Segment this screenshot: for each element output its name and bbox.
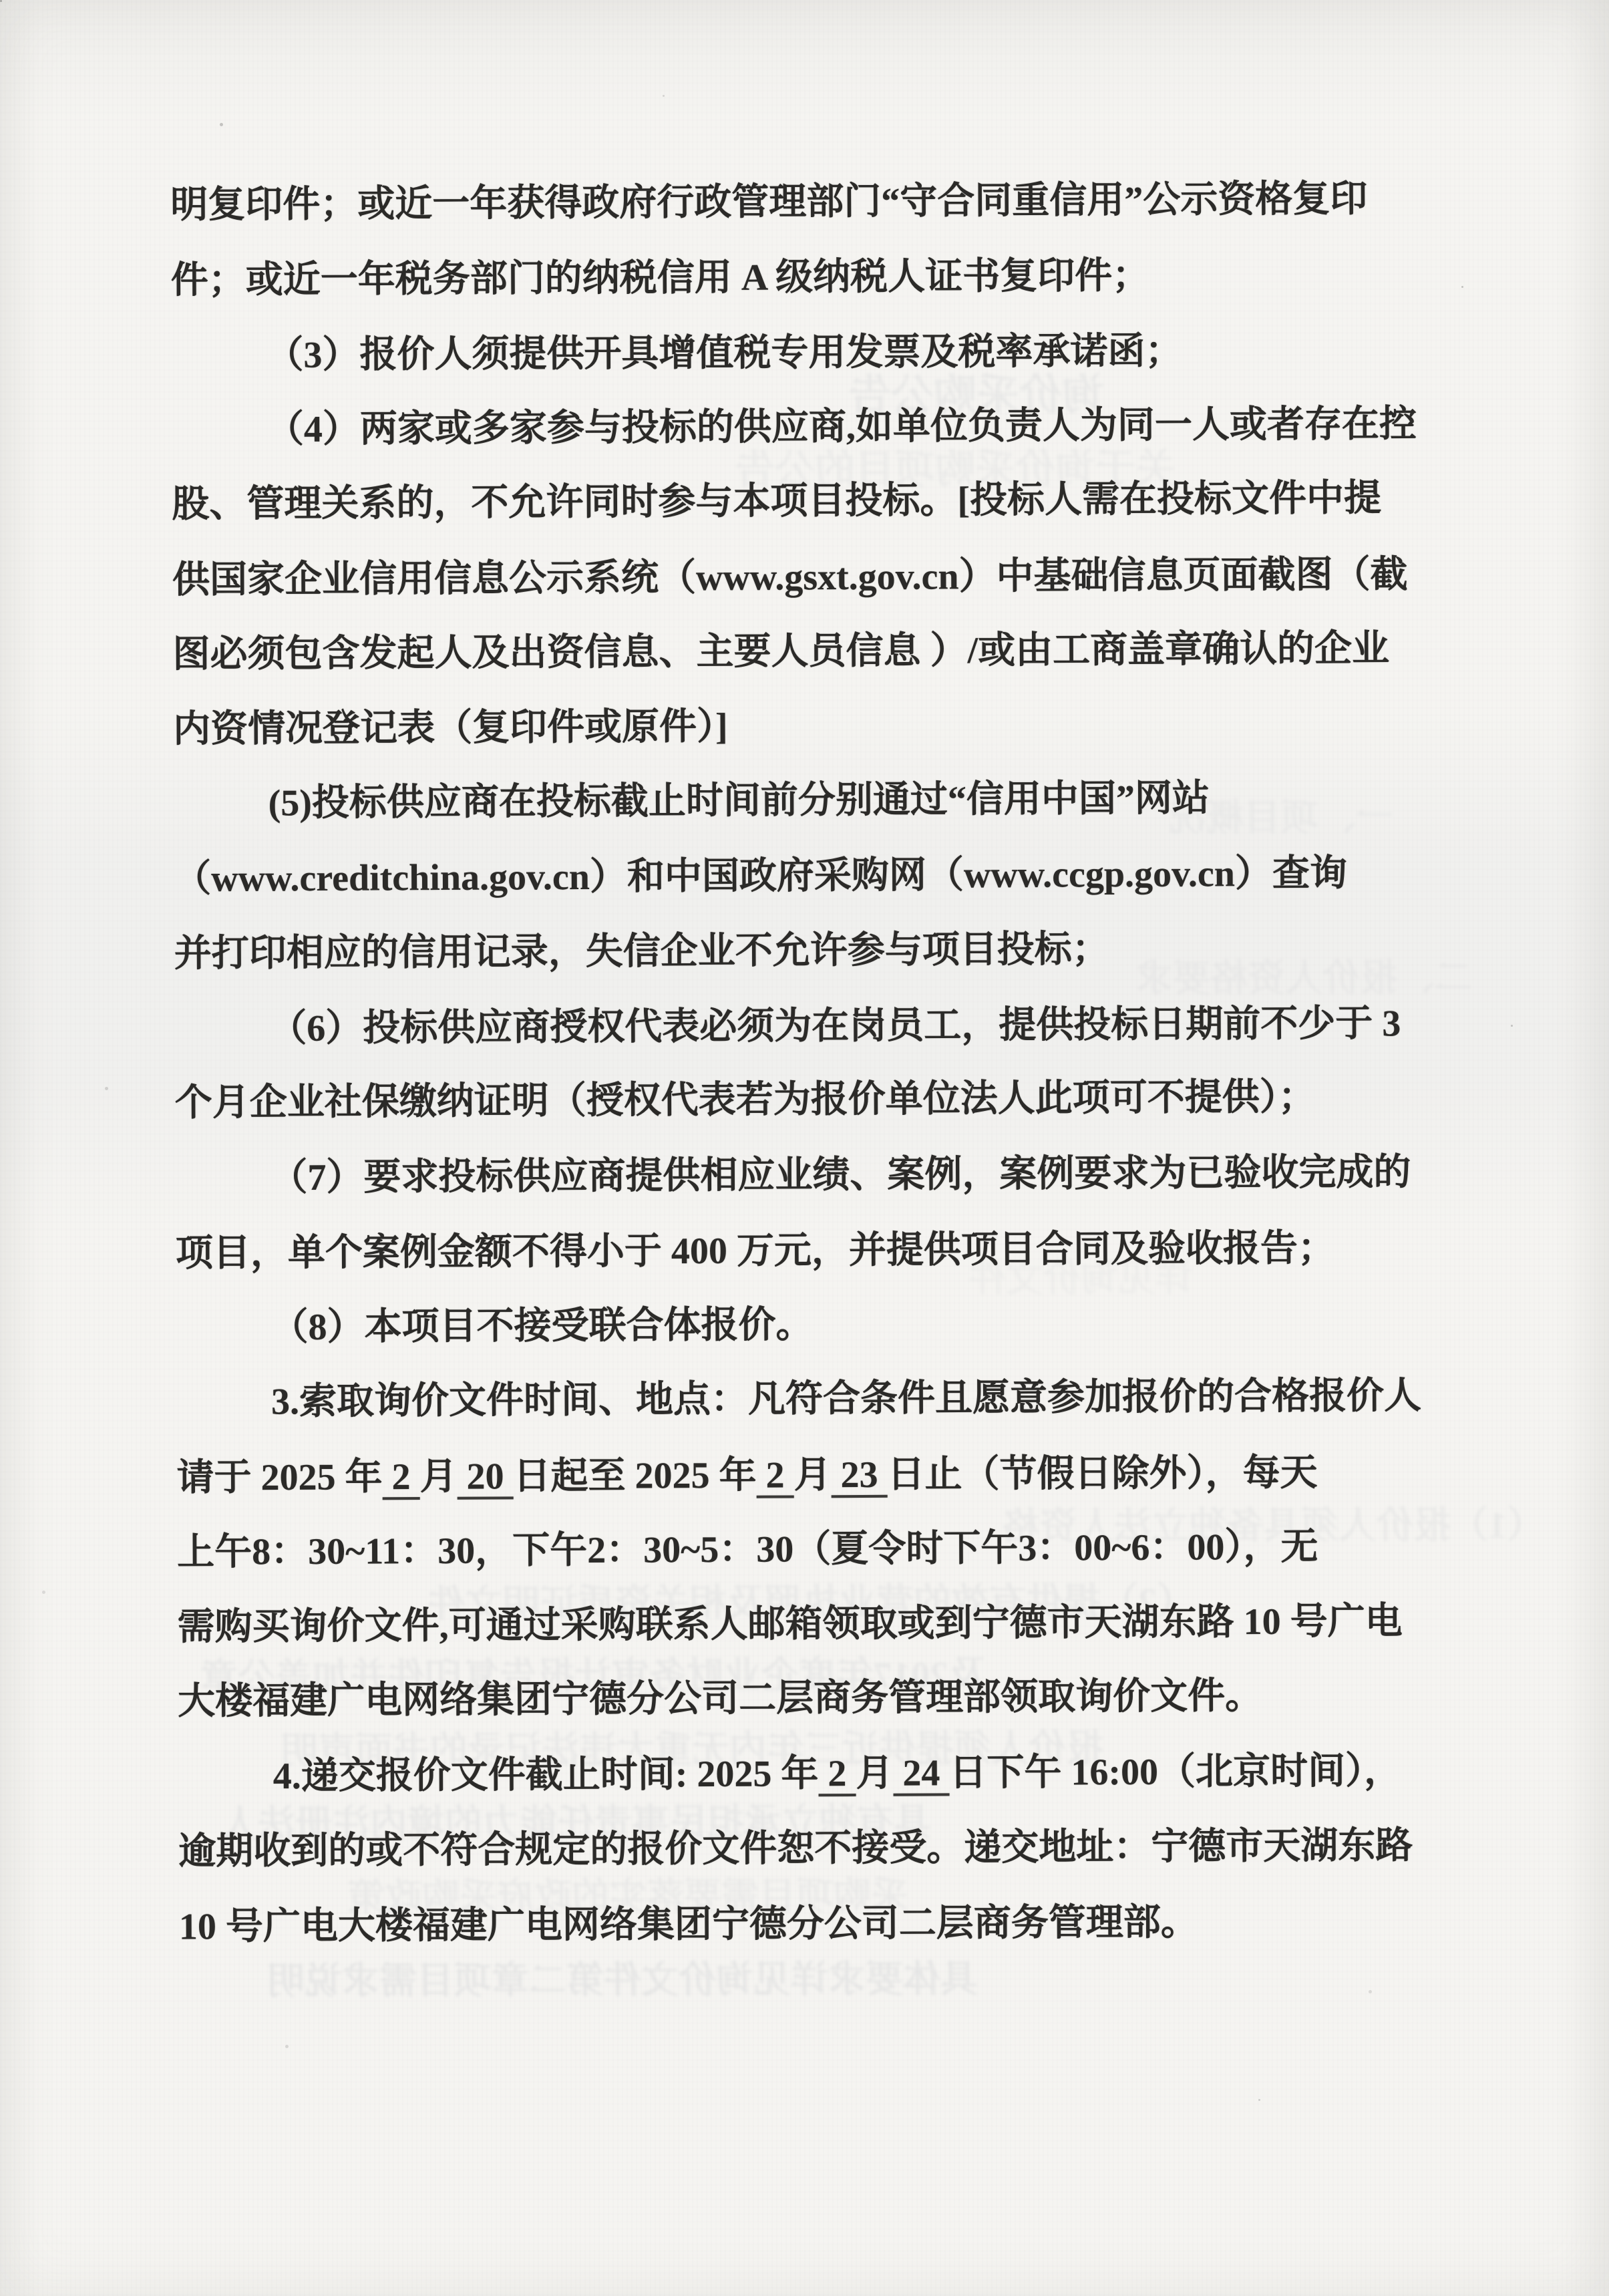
scanned-page: 询价采购公告关于询价采购项目的公告一、项目概况二、报价人资格要求详见询价文件（1… [0, 0, 1609, 2296]
line-text: （8）本项目不接受联合体报价。 [271, 1304, 813, 1348]
line-text: 请于 2025 年 [176, 1456, 382, 1498]
line-text: 项目，单个案例金额不得小于 400 万元，并提供项目合同及验收报告； [176, 1228, 1335, 1275]
line-text: (5)投标供应商在投标截止时间前分别通过“信用中国”网站 [268, 778, 1210, 824]
document-line: 请于 2025 年 2 月 20 日起至 2025 年 2 月 23 日止（节假… [176, 1435, 1467, 1516]
line-text: 4.递交报价文件截止时间: 2025 年 [273, 1753, 819, 1797]
line-text: 月 [856, 1753, 893, 1794]
document-line: 10 号广电大楼福建广电网络集团宁德分公司二层商务管理部。 [179, 1884, 1469, 1965]
line-text: 供国家企业信用信息公示系统（www.gsxt.gov.cn）中基础信息页面截图（… [172, 554, 1408, 601]
line-text: 日止（节假日除外），每天 [887, 1452, 1317, 1496]
document-line: (5)投标供应商在投标截止时间前分别通过“信用中国”网站 [173, 760, 1464, 841]
document-line: 件；或近一年税务部门的纳税信用 A 级纳税人证书复印件； [171, 237, 1462, 318]
line-text: （www.creditchina.gov.cn）和中国政府采购网（www.ccg… [174, 852, 1347, 900]
line-text: 月 [419, 1456, 457, 1498]
line-text: 件；或近一年税务部门的纳税信用 A 级纳税人证书复印件； [171, 255, 1150, 301]
document-line: （6）投标供应商授权代表必须为在岗员工，提供投标日期前不少于 3 [174, 986, 1465, 1067]
document-line: 并打印相应的信用记录，失信企业不允许参与项目投标； [174, 911, 1465, 991]
document-line: 3.索取询价文件时间、地点：凡符合条件且愿意参加报价的合格报价人 [176, 1358, 1467, 1440]
line-text: 需购买询价文件,可通过采购联系人邮箱领取或到宁德市天湖东路 10 号广电 [178, 1601, 1403, 1648]
underlined-blank: 2 [756, 1454, 793, 1496]
line-text: 10 号广电大楼福建广电网络集团宁德分公司二层商务管理部。 [179, 1902, 1198, 1948]
document-line: 图必须包含发起人及出资信息、主要人员信息 ）/或由工商盖章确认的企业 [172, 611, 1463, 692]
document-line: 上午8：30~11：30，下午2：30~5：30（夏令时下午3：00~6：00）… [177, 1509, 1468, 1590]
line-text: 大楼福建广电网络集团宁德分公司二层商务管理部领取询价文件。 [178, 1675, 1262, 1723]
document-line: 需购买询价文件,可通过采购联系人邮箱领取或到宁德市天湖东路 10 号广电 [177, 1584, 1468, 1665]
document-line: （3）报价人须提供开具增值税专用发票及税率承诺函； [171, 313, 1461, 393]
underlined-blank: 20 [457, 1456, 513, 1497]
line-text: 个月企业社保缴纳证明（授权代表若为报价单位法人此项可不提供）； [175, 1076, 1316, 1124]
document-line: 明复印件；或近一年获得政府行政管理部门“守合同重信用”公示资格复印 [170, 161, 1461, 242]
underlined-blank: 23 [831, 1454, 887, 1496]
document-line: 供国家企业信用信息公示系统（www.gsxt.gov.cn）中基础信息页面截图（… [172, 537, 1463, 618]
document-line: （8）本项目不接受联合体报价。 [176, 1285, 1467, 1365]
underlined-blank: 2 [382, 1456, 419, 1498]
document-line: （7）要求投标供应商提供相应业绩、案例，案例要求为已验收完成的 [175, 1135, 1466, 1216]
line-text: 内资情况登记表（复印件或原件）] [173, 706, 728, 750]
line-text: 月 [793, 1454, 831, 1496]
line-text: （7）要求投标供应商提供相应业绩、案例，案例要求为已验收完成的 [270, 1152, 1411, 1198]
document-body: 明复印件；或近一年获得政府行政管理部门“守合同重信用”公示资格复印件；或近一年税… [170, 162, 1469, 1964]
line-text: （4）两家或多家参与投标的供应商,如单位负责人为同一人或者存在控 [266, 403, 1417, 450]
line-text: （3）报价人须提供开具增值税专用发票及税率承诺函； [266, 331, 1182, 376]
line-text: 图必须包含发起人及出资信息、主要人员信息 ）/或由工商盖章确认的企业 [172, 628, 1389, 675]
line-text: （6）投标供应商授权代表必须为在岗员工，提供投标日期前不少于 3 [269, 1003, 1401, 1049]
document-line: 项目，单个案例金额不得小于 400 万元，并提供项目合同及验收报告； [176, 1210, 1466, 1291]
underlined-blank: 2 [818, 1753, 856, 1794]
document-line: （4）两家或多家参与投标的供应商,如单位负责人为同一人或者存在控 [172, 387, 1463, 468]
line-text: 日下午 16:00（北京时间）， [949, 1750, 1401, 1794]
line-text: 股、管理关系的，不允许同时参与本项目投标。[投标人需在投标文件中提 [172, 478, 1381, 525]
document-line: 大楼福建广电网络集团宁德分公司二层商务管理部领取询价文件。 [178, 1657, 1469, 1739]
scan-specks [0, 0, 2, 2]
line-text: 逾期收到的或不符合规定的报价文件恕不接受。递交地址：宁德市天湖东路 [178, 1825, 1413, 1872]
line-text: 并打印相应的信用记录，失信企业不允许参与项目投标； [174, 929, 1109, 975]
underlined-blank: 24 [893, 1752, 949, 1794]
document-line: 4.递交报价文件截止时间: 2025 年 2 月 24 日下午 16:00（北京… [178, 1734, 1469, 1814]
document-line: 内资情况登记表（复印件或原件）] [173, 686, 1464, 767]
line-text: 3.索取询价文件时间、地点：凡符合条件且愿意参加报价的合格报价人 [271, 1375, 1421, 1423]
document-line: 逾期收到的或不符合规定的报价文件恕不接受。递交地址：宁德市天湖东路 [178, 1808, 1469, 1889]
line-text: 明复印件；或近一年获得政府行政管理部门“守合同重信用”公示资格复印 [170, 178, 1367, 226]
line-text: 日起至 2025 年 [513, 1455, 756, 1498]
line-text: 上午8：30~11：30，下午2：30~5：30（夏令时下午3：00~6：00）… [177, 1526, 1318, 1573]
document-line: 股、管理关系的，不允许同时参与本项目投标。[投标人需在投标文件中提 [172, 460, 1463, 542]
document-line: （www.creditchina.gov.cn）和中国政府采购网（www.ccg… [174, 836, 1465, 917]
document-line: 个月企业社保缴纳证明（授权代表若为报价单位法人此项可不提供）； [175, 1059, 1466, 1140]
